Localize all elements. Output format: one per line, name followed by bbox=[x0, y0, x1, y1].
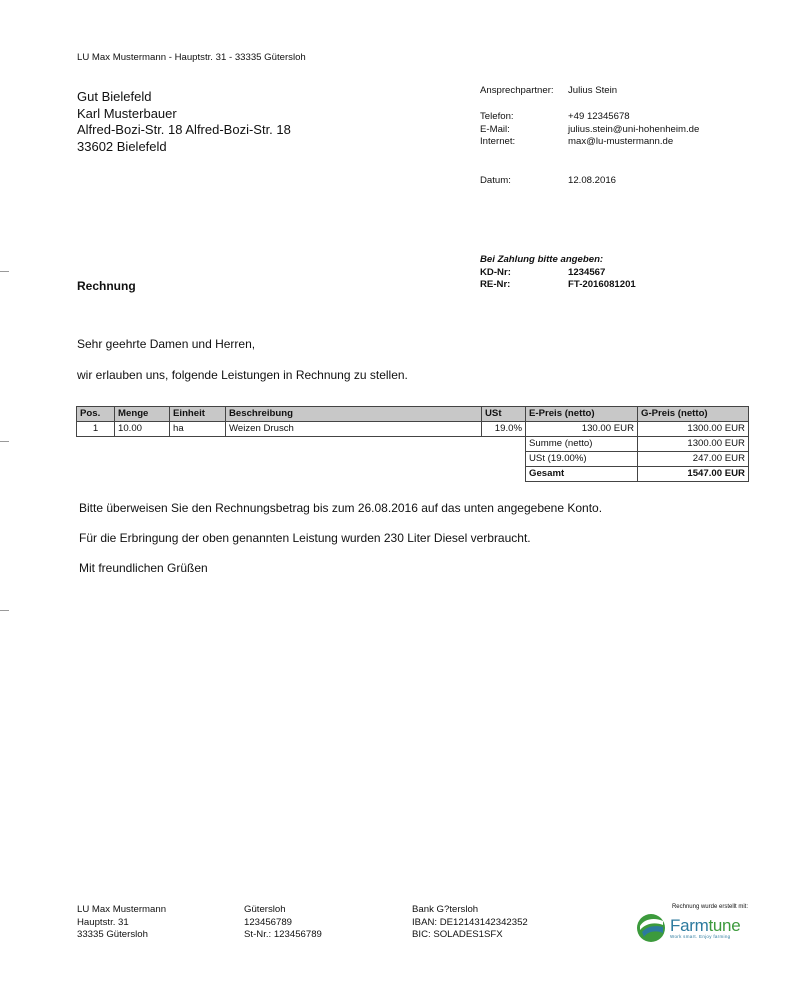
payment-reference-title: Bei Zahlung bitte angeben: bbox=[480, 254, 636, 267]
recipient-address: Gut Bielefeld Karl Musterbauer Alfred-Bo… bbox=[77, 89, 291, 155]
cell-description: Weizen Drusch bbox=[226, 422, 482, 437]
logo-name: Farmtune bbox=[670, 917, 740, 934]
date-block: Datum:12.08.2016 bbox=[480, 175, 616, 188]
footer-company: LU Max Mustermann Hauptstr. 31 33335 Güt… bbox=[77, 904, 166, 942]
payment-instruction: Bitte überweisen Sie den Rechnungsbetrag… bbox=[79, 501, 602, 515]
net-amount: 1300.00 EUR bbox=[638, 437, 749, 452]
col-header-vat: USt bbox=[482, 407, 526, 422]
col-header-total-price: G-Preis (netto) bbox=[638, 407, 749, 422]
summary-total-row: Gesamt 1547.00 EUR bbox=[77, 467, 749, 482]
footer-company-city: 33335 Gütersloh bbox=[77, 929, 166, 942]
footer-bank: Bank G?tersloh IBAN: DE12143142342352 BI… bbox=[412, 904, 528, 942]
farmtune-logo: Farmtune Work smart. Enjoy farming bbox=[636, 913, 748, 943]
contact-details: Telefon:+49 12345678 E-Mail:julius.stein… bbox=[480, 111, 699, 149]
summary-vat-row: USt (19.00%) 247.00 EUR bbox=[77, 452, 749, 467]
total-amount: 1547.00 EUR bbox=[638, 467, 749, 482]
invoice-items-table: Pos. Menge Einheit Beschreibung USt E-Pr… bbox=[76, 406, 749, 482]
invoice-date: 12.08.2016 bbox=[568, 175, 616, 188]
contact-block: Ansprechpartner:Julius Stein bbox=[480, 85, 617, 98]
cell-pos: 1 bbox=[77, 422, 115, 437]
internet: max@lu-mustermann.de bbox=[568, 136, 673, 149]
customer-no: 1234567 bbox=[568, 267, 605, 280]
hole-mark bbox=[0, 610, 9, 611]
payment-reference: Bei Zahlung bitte angeben: KD-Nr:1234567… bbox=[480, 254, 636, 292]
invoice-no-label: RE-Nr: bbox=[480, 279, 568, 292]
customer-no-label: KD-Nr: bbox=[480, 267, 568, 280]
cell-unit: ha bbox=[170, 422, 226, 437]
footer-tax-id: 123456789 bbox=[244, 917, 322, 930]
table-header-row: Pos. Menge Einheit Beschreibung USt E-Pr… bbox=[77, 407, 749, 422]
contact-person: Julius Stein bbox=[568, 85, 617, 98]
footer-tax-number: St-Nr.: 123456789 bbox=[244, 929, 322, 942]
recipient-city: 33602 Bielefeld bbox=[77, 139, 291, 156]
cell-quantity: 10.00 bbox=[115, 422, 170, 437]
cell-vat: 19.0% bbox=[482, 422, 526, 437]
farmtune-branding: Rechnung wurde erstellt mit: Farmtune Wo… bbox=[636, 904, 748, 943]
col-header-unit-price: E-Preis (netto) bbox=[526, 407, 638, 422]
logo-caption: Rechnung wurde erstellt mit: bbox=[636, 904, 748, 910]
intro-text: wir erlauben uns, folgende Leistungen in… bbox=[77, 368, 408, 382]
phone-label: Telefon: bbox=[480, 111, 568, 124]
recipient-name: Gut Bielefeld bbox=[77, 89, 291, 106]
invoice-no: FT-2016081201 bbox=[568, 279, 636, 292]
phone: +49 12345678 bbox=[568, 111, 630, 124]
closing: Mit freundlichen Grüßen bbox=[79, 561, 208, 575]
col-header-unit: Einheit bbox=[170, 407, 226, 422]
logo-tagline: Work smart. Enjoy farming bbox=[670, 934, 740, 939]
vat-label: USt (19.00%) bbox=[526, 452, 638, 467]
col-header-description: Beschreibung bbox=[226, 407, 482, 422]
diesel-note: Für die Erbringung der oben genannten Le… bbox=[79, 531, 531, 545]
date-label: Datum: bbox=[480, 175, 568, 188]
recipient-street: Alfred-Bozi-Str. 18 Alfred-Bozi-Str. 18 bbox=[77, 122, 291, 139]
greeting: Sehr geehrte Damen und Herren, bbox=[77, 337, 255, 351]
farmtune-leaf-icon bbox=[636, 913, 666, 943]
cell-unit-price: 130.00 EUR bbox=[526, 422, 638, 437]
col-header-pos: Pos. bbox=[77, 407, 115, 422]
cell-total-price: 1300.00 EUR bbox=[638, 422, 749, 437]
table-row: 1 10.00 ha Weizen Drusch 19.0% 130.00 EU… bbox=[77, 422, 749, 437]
footer-tax: Gütersloh 123456789 St-Nr.: 123456789 bbox=[244, 904, 322, 942]
footer-company-name: LU Max Mustermann bbox=[77, 904, 166, 917]
footer-bank-name: Bank G?tersloh bbox=[412, 904, 528, 917]
contact-person-label: Ansprechpartner: bbox=[480, 85, 568, 98]
email-label: E-Mail: bbox=[480, 124, 568, 137]
footer-tax-office: Gütersloh bbox=[244, 904, 322, 917]
fold-mark bbox=[0, 271, 9, 272]
footer-iban: IBAN: DE12143142342352 bbox=[412, 917, 528, 930]
net-label: Summe (netto) bbox=[526, 437, 638, 452]
fold-mark bbox=[0, 441, 9, 442]
document-title: Rechnung bbox=[77, 279, 136, 293]
recipient-contact: Karl Musterbauer bbox=[77, 106, 291, 123]
col-header-quantity: Menge bbox=[115, 407, 170, 422]
sender-return-address: LU Max Mustermann - Hauptstr. 31 - 33335… bbox=[77, 52, 306, 63]
total-label: Gesamt bbox=[526, 467, 638, 482]
summary-net-row: Summe (netto) 1300.00 EUR bbox=[77, 437, 749, 452]
internet-label: Internet: bbox=[480, 136, 568, 149]
email: julius.stein@uni-hohenheim.de bbox=[568, 124, 699, 137]
footer-bic: BIC: SOLADES1SFX bbox=[412, 929, 528, 942]
footer-company-street: Hauptstr. 31 bbox=[77, 917, 166, 930]
vat-amount: 247.00 EUR bbox=[638, 452, 749, 467]
